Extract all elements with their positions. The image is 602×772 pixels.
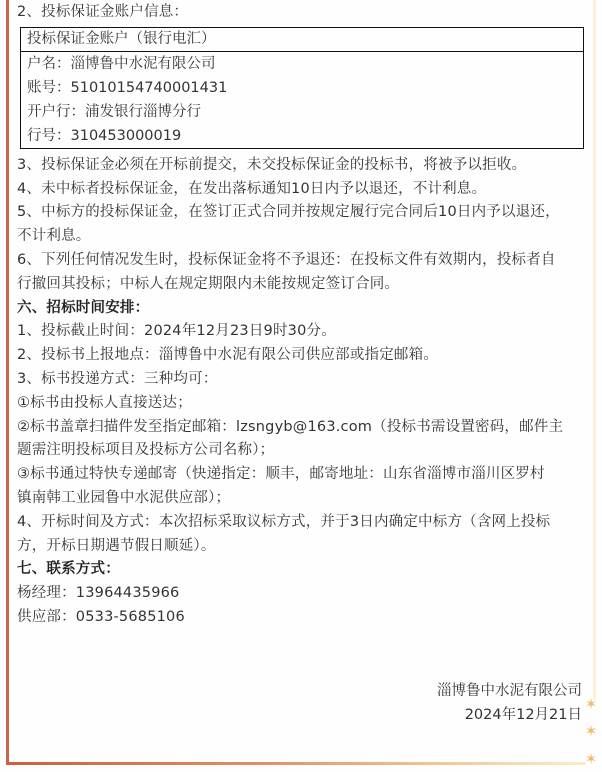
deposit-line: 4、未中标者投标保证金，在发出落标通知10日内予以退还，不计利息。 bbox=[17, 178, 587, 202]
deposit-account-label: 2、投标保证金账户信息： bbox=[17, 1, 587, 25]
schedule-line: 1、投标截止时间：2024年12月23日9时30分。 bbox=[17, 320, 587, 344]
schedule-line: 3、标书投递方式：三种均可： bbox=[17, 368, 587, 392]
star-icon: ✶ bbox=[584, 752, 598, 766]
deposit-line: 行撤回其投标；中标人在规定期限内未能按规定签订合同。 bbox=[17, 273, 587, 297]
frame-right-border bbox=[593, 0, 596, 700]
deposit-line: 不计利息。 bbox=[17, 225, 587, 249]
account-table-header: 投标保证金账户（银行电汇） bbox=[21, 28, 583, 52]
signature-block: 淄博鲁中水泥有限公司 2024年12月21日 bbox=[437, 679, 582, 727]
schedule-line: 方，开标日期遇节假日顺延）。 bbox=[17, 535, 587, 559]
schedule-line: 题需注明投标项目及投标方公司名称）； bbox=[17, 439, 587, 463]
schedule-line: 镇南韩工业园鲁中水泥供应部）； bbox=[17, 487, 587, 511]
deposit-line: 6、下列任何情况发生时，投标保证金将不予退还：在投标文件有效期内，投标者自 bbox=[17, 249, 587, 273]
star-icon: ✶ bbox=[584, 724, 598, 738]
contact-heading: 七、联系方式： bbox=[17, 558, 587, 582]
document-body: 2、投标保证金账户信息： 投标保证金账户（银行电汇） 户名：淄博鲁中水泥有限公司… bbox=[17, 0, 587, 630]
schedule-line: 2、投标书上报地点：淄博鲁中水泥有限公司供应部或指定邮箱。 bbox=[17, 344, 587, 368]
schedule-line: ③标书通过特快专递邮寄（快递指定：顺丰，邮寄地址：山东省淄博市淄川区罗村 bbox=[17, 463, 587, 487]
deposit-account-table: 投标保证金账户（银行电汇） 户名：淄博鲁中水泥有限公司 账号：510101547… bbox=[20, 27, 584, 149]
deposit-line: 5、中标方的投标保证金，在签订正式合同并按规定履行完合同后10日内予以退还， bbox=[17, 201, 587, 225]
signature-company: 淄博鲁中水泥有限公司 bbox=[437, 679, 582, 703]
bank-code-row: 行号：310453000019 bbox=[21, 124, 583, 148]
frame-left-border bbox=[6, 0, 9, 765]
frame-bottom-border bbox=[6, 762, 586, 765]
schedule-line: 4、开标时间及方式：本次招标采取议标方式，并于3日内确定中标方（含网上投标 bbox=[17, 511, 587, 535]
account-name-row: 户名：淄博鲁中水泥有限公司 bbox=[21, 52, 583, 76]
schedule-heading: 六、招标时间安排： bbox=[17, 297, 587, 321]
schedule-line-email: ②标书盖章扫描件发至指定邮箱：lzsngyb@163.com（投标书需设置密码，… bbox=[17, 416, 587, 440]
deposit-line: 3、投标保证金必须在开标前提交，未交投标保证金的投标书，将被予以拒收。 bbox=[17, 154, 587, 178]
bank-branch-row: 开户行：浦发银行淄博分行 bbox=[21, 100, 583, 124]
account-number-row: 账号：51010154740001431 bbox=[21, 76, 583, 100]
schedule-line: ①标书由投标人直接送达； bbox=[17, 392, 587, 416]
signature-date: 2024年12月21日 bbox=[437, 703, 582, 727]
contact-manager: 杨经理：13964435966 bbox=[17, 582, 587, 606]
star-icon: ✶ bbox=[584, 697, 598, 711]
contact-supply-dept: 供应部：0533-5685106 bbox=[17, 606, 587, 630]
